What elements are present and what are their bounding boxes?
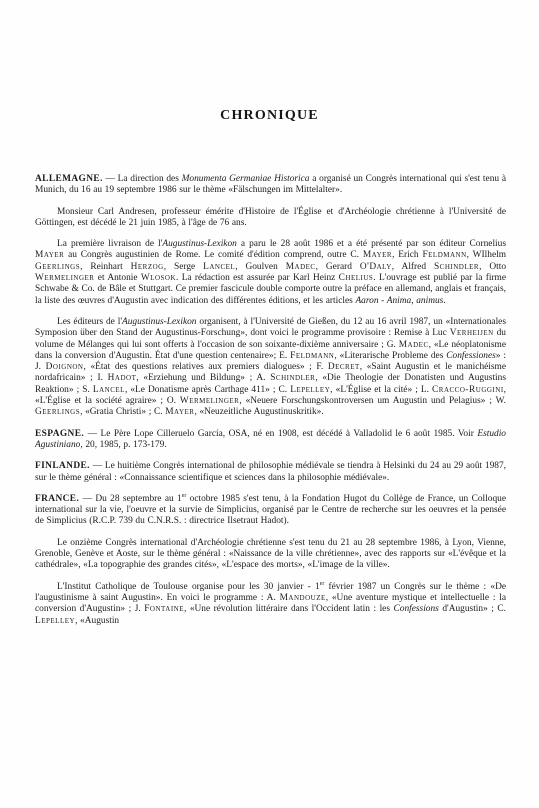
text-segment-smallcaps: Lepelley bbox=[35, 616, 75, 626]
paragraph-augustinus-lexikon-livraison: La première livraison de l'Augustinus-Le… bbox=[35, 239, 506, 307]
text-segment-normal: , Goulven bbox=[235, 262, 286, 272]
text-segment-normal: , Alfred bbox=[392, 262, 434, 272]
text-segment-normal: — Le Père Lope Cilleruelo García, OSA, n… bbox=[84, 429, 477, 439]
text-segment-normal: , Erich bbox=[392, 250, 422, 260]
text-segment-normal: . bbox=[443, 296, 445, 306]
paragraph-espagne-cilleruelo-deces: ESPAGNE. — Le Père Lope Cilleruelo Garcí… bbox=[35, 429, 506, 452]
text-segment-normal: d'Augustin» ; C. bbox=[439, 604, 506, 614]
text-segment-normal: Monsieur Carl Andresen, professeur éméri… bbox=[35, 207, 506, 228]
text-segment-smallcaps: Doignon bbox=[46, 362, 84, 372]
text-segment-normal: , Gerard bbox=[316, 262, 360, 272]
text-segment-smallcaps: Schindler bbox=[270, 373, 315, 383]
text-segment-normal: , «Neuzeitliche Augustinus­kritik». bbox=[194, 407, 323, 417]
text-segment-smallcaps: Hadot bbox=[108, 373, 137, 383]
text-segment-italic: Augustinus-Lexikon bbox=[162, 239, 236, 249]
text-segment-normal: , «État des questions relatives aux prem… bbox=[84, 362, 328, 372]
text-segment-italic: Augustinus-Lexikon bbox=[122, 317, 196, 327]
text-segment-normal: au Congrès augustinien de Rome. Le comit… bbox=[64, 250, 363, 260]
text-segment-smallcaps: Madec bbox=[399, 340, 429, 350]
text-segment-smallcaps: Mandouze bbox=[280, 593, 326, 603]
text-segment-lead: ALLEMAGNE. bbox=[35, 174, 103, 184]
text-segment-normal: , «Augustin bbox=[75, 616, 119, 626]
text-segment-normal: , «Erziehung und Bildung» ; A. bbox=[136, 373, 270, 383]
text-segment-italic: Confessiones bbox=[446, 351, 495, 361]
text-segment-normal: , WIlhelm bbox=[467, 250, 506, 260]
text-segment-italic: Monumenta Germaniae Historica bbox=[182, 174, 310, 184]
text-segment-normal: — La direction des bbox=[103, 174, 182, 184]
text-segment-normal: a paru le 28 août 1986 et a été présenté… bbox=[237, 239, 506, 249]
text-segment-normal: — Le huitième Congrès international de p… bbox=[35, 461, 506, 482]
journal-page: CHRONIQUE ALLEMAGNE. — La direction des … bbox=[0, 0, 539, 808]
page-title: CHRONIQUE bbox=[0, 108, 539, 124]
paragraph-congres-archeologie-chretienne: Le onzième Congrès international d'Arché… bbox=[35, 538, 506, 572]
page-body: ALLEMAGNE. — La direction des Monumenta … bbox=[35, 169, 506, 637]
text-segment-smallcaps: Feldmann bbox=[422, 250, 466, 260]
text-segment-italic: Confessions bbox=[394, 604, 439, 614]
text-segment-normal: Les éditeurs de l' bbox=[57, 317, 122, 327]
text-segment-normal: , «Gratia Christi» ; C. bbox=[80, 407, 165, 417]
text-segment-normal: , «Le Donatisme après Carthage 411» ; C. bbox=[125, 385, 290, 395]
text-segment-normal: . La rédaction est assurée par Karl Hein… bbox=[176, 273, 339, 283]
text-segment-smallcaps: Chelius bbox=[339, 273, 374, 283]
text-segment-smallcaps: Wlosok bbox=[141, 273, 176, 283]
text-segment-smallcaps: Lancel bbox=[93, 385, 125, 395]
text-segment-smallcaps: Fontaine bbox=[144, 604, 184, 614]
text-segment-normal: Le onzième Congrès international d'Arché… bbox=[35, 538, 506, 571]
text-segment-smallcaps: Feldmann bbox=[290, 351, 334, 361]
text-segment-italic: Aaron - Anima, animus bbox=[355, 296, 443, 306]
text-segment-normal: , «Neuere Forschungskontroversen um Augu… bbox=[239, 396, 506, 406]
text-segment-normal: , Otto bbox=[479, 262, 506, 272]
text-segment-smallcaps: Mayer bbox=[165, 407, 194, 417]
text-segment-smallcaps: Geerlings bbox=[35, 262, 80, 272]
text-segment-normal: et Antonie bbox=[94, 273, 140, 283]
text-segment-smallcaps: Mayer bbox=[35, 250, 64, 260]
text-segment-normal: L'Institut Catholique de Toulouse organi… bbox=[57, 582, 320, 592]
text-segment-smallcaps: Geerlings bbox=[35, 407, 80, 417]
text-segment-smallcaps: Schindler bbox=[434, 262, 479, 272]
text-segment-smallcaps: Wermelinger bbox=[35, 273, 94, 283]
text-segment-lead: ESPAGNE. bbox=[35, 429, 84, 439]
text-segment-normal: , Serge bbox=[164, 262, 203, 272]
text-segment-normal: , Reinhart bbox=[80, 262, 131, 272]
text-segment-smallcaps: Decret bbox=[328, 362, 360, 372]
text-segment-normal: , «Une révolution littéraire dans l'Occi… bbox=[184, 604, 394, 614]
text-segment-smallcaps: Herzog bbox=[131, 262, 164, 272]
text-segment-normal: La première livraison de l' bbox=[57, 239, 162, 249]
paragraph-giessen-symposion-programme: Les éditeurs de l'Augustinus-Lexikon org… bbox=[35, 317, 506, 419]
paragraph-france-colloque-simplicius: FRANCE. — Du 28 septembre au 1er octobre… bbox=[35, 494, 506, 528]
paragraph-institut-catholique-toulouse: L'Institut Catholique de Toulouse organi… bbox=[35, 582, 506, 627]
text-segment-smallcaps: Madec bbox=[286, 262, 316, 272]
text-segment-normal: , «L'Église et la cité» ; L. bbox=[330, 385, 432, 395]
text-segment-smallcaps: Cracco-Ruggini bbox=[432, 385, 504, 395]
text-segment-normal: , 20, 1985, p. 173-179. bbox=[80, 440, 166, 450]
text-segment-smallcaps: Verheijen bbox=[450, 328, 494, 338]
text-segment-lead: FRANCE. bbox=[35, 494, 79, 504]
text-segment-smallcaps: Lepelley bbox=[290, 385, 330, 395]
text-segment-smallcaps: Lancel bbox=[203, 262, 235, 272]
paragraph-finlande-congres-helsinki: FINLANDE. — Le huitième Congrès internat… bbox=[35, 461, 506, 484]
paragraph-carl-andresen-deces: Monsieur Carl Andresen, professeur éméri… bbox=[35, 207, 506, 230]
text-segment-normal: , «Literarische Probleme des bbox=[334, 351, 446, 361]
text-segment-lead: FINLANDE. bbox=[35, 461, 90, 471]
text-segment-smallcaps: Mayer bbox=[363, 250, 392, 260]
text-segment-normal: — Du 28 septembre au 1 bbox=[79, 494, 182, 504]
paragraph-allemagne-mgh-congres: ALLEMAGNE. — La direction des Monumenta … bbox=[35, 174, 506, 197]
text-segment-smallcaps: Wermelinger bbox=[180, 396, 239, 406]
text-segment-smallcaps: O'Daly bbox=[360, 262, 392, 272]
